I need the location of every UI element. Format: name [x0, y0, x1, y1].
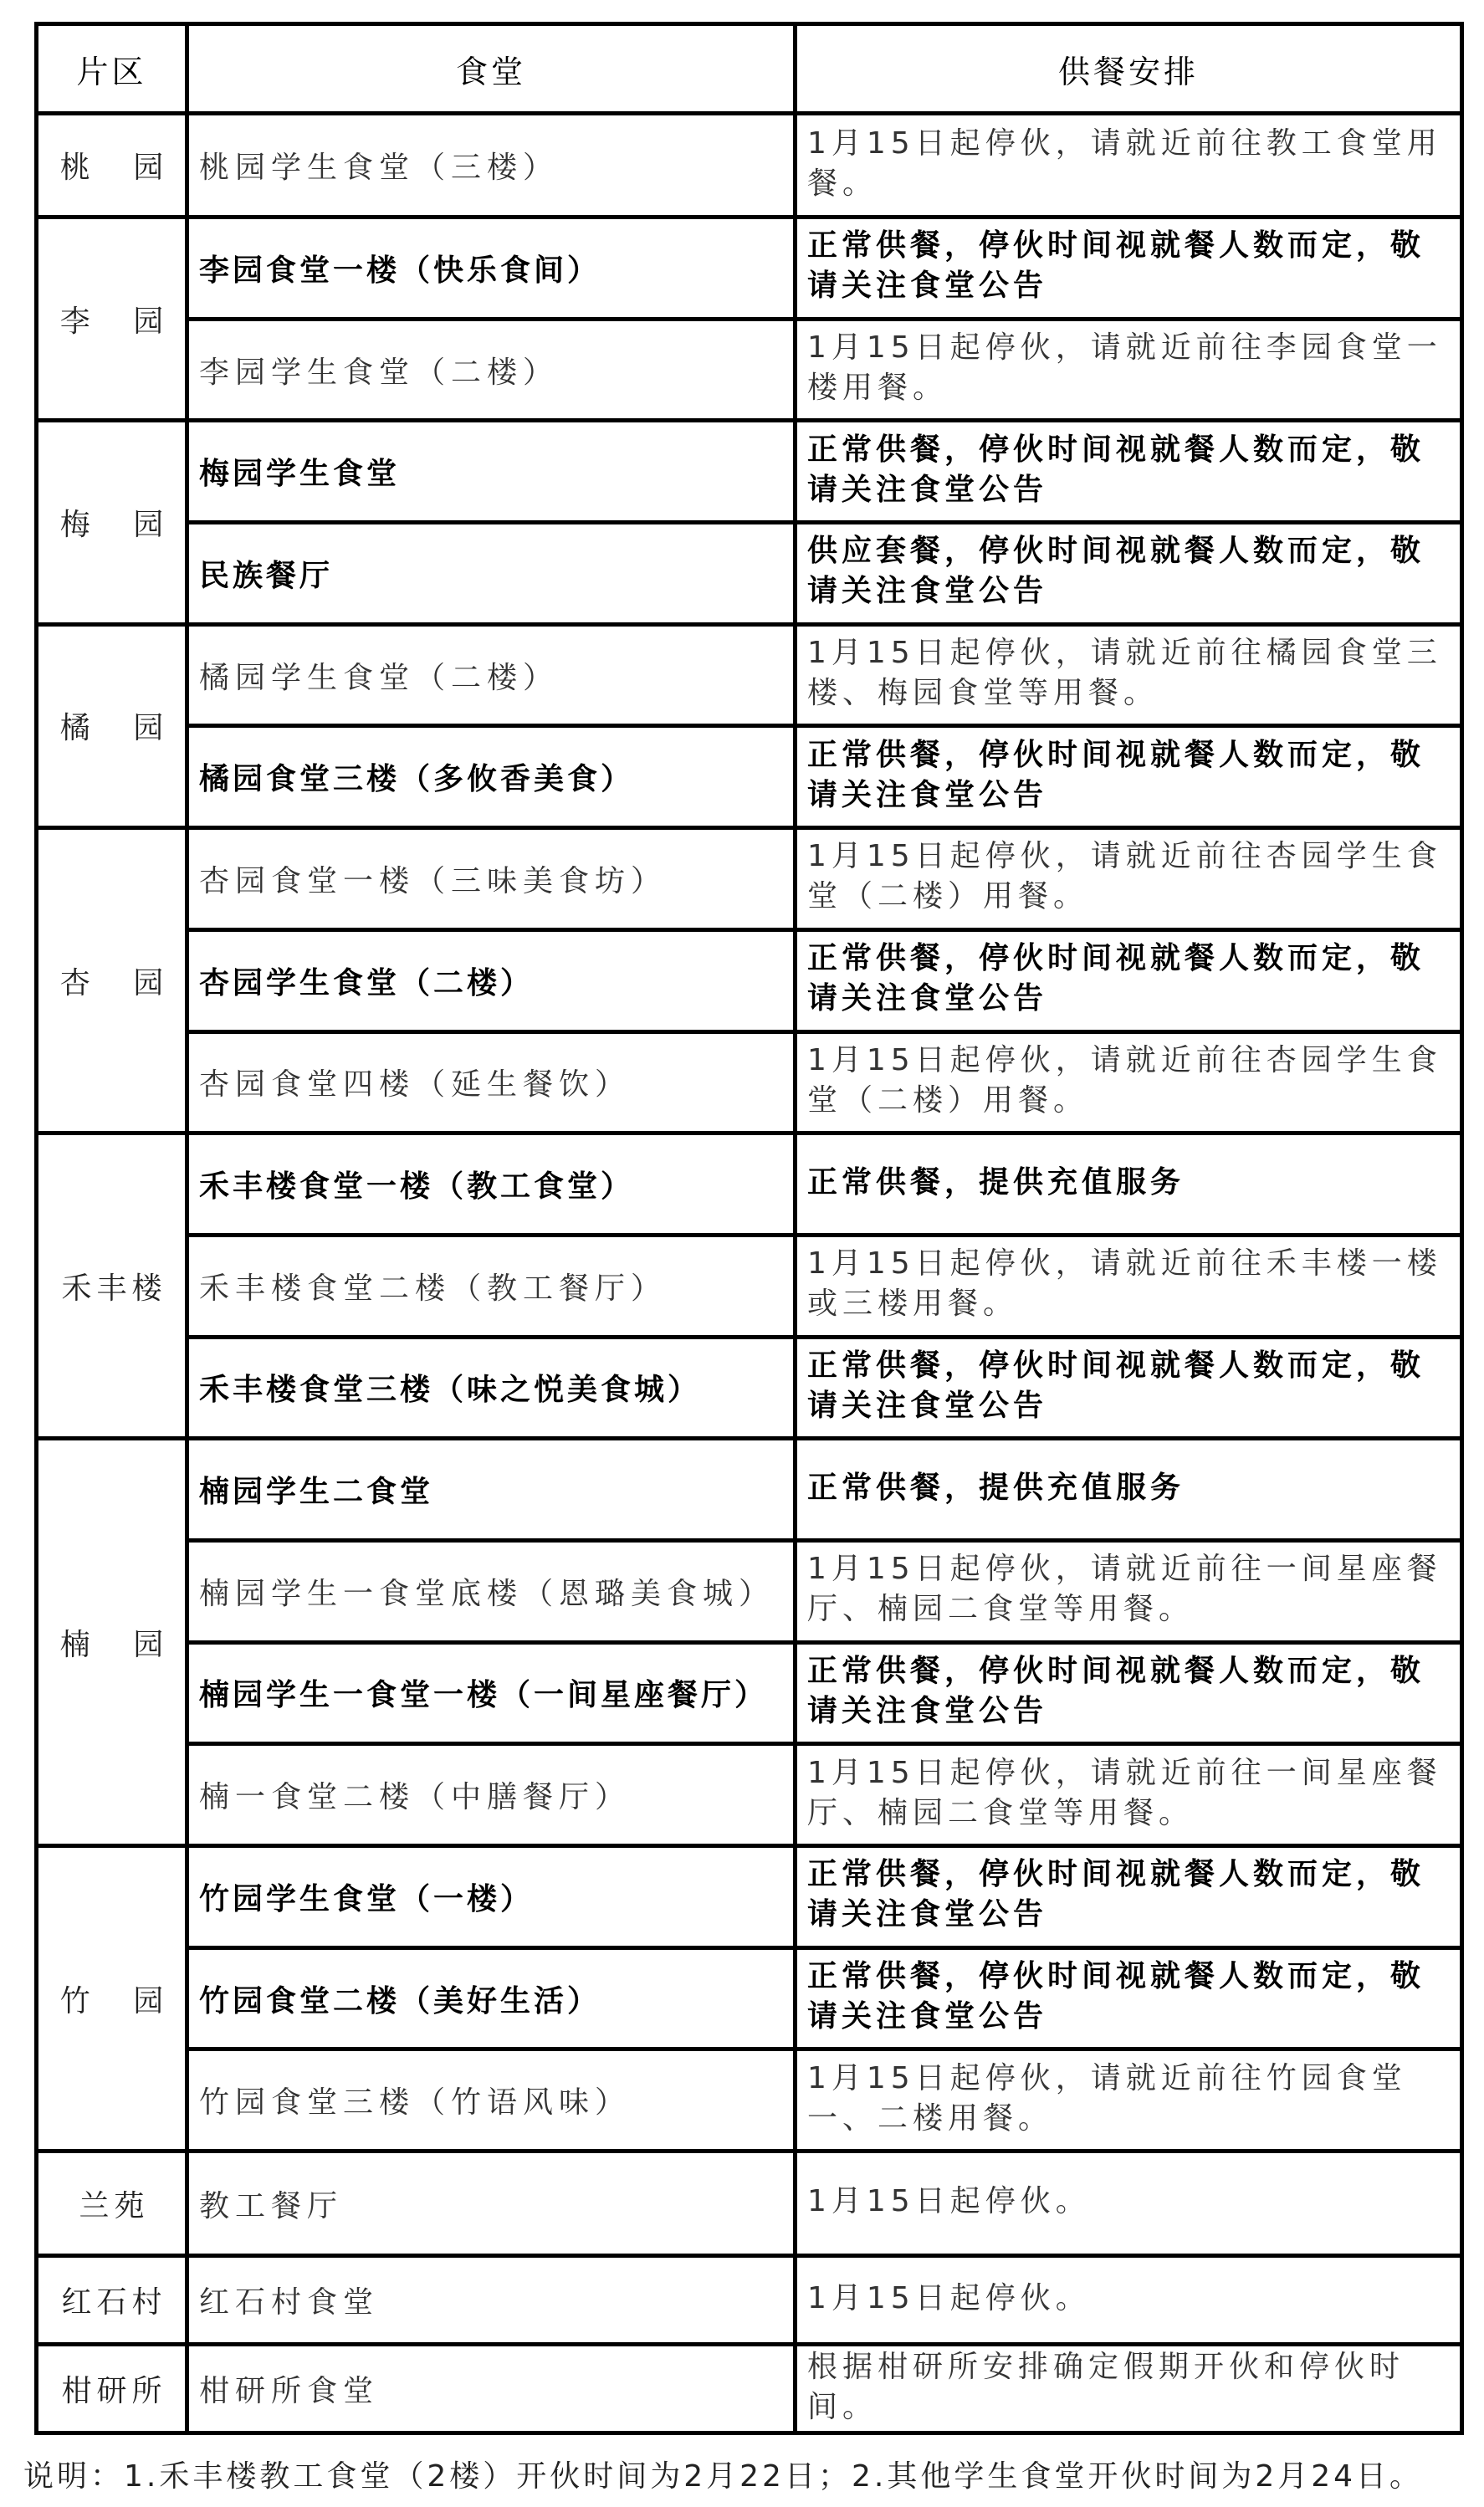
canteen-name-cell: 杏园学生食堂（二楼） [187, 929, 796, 1031]
meal-plan-cell: 正常供餐，提供充值服务 [796, 1439, 1462, 1541]
meal-plan-cell: 正常供餐，停伙时间视就餐人数而定，敬请关注食堂公告 [796, 217, 1462, 320]
zone-cell: 橘 园 [37, 624, 187, 827]
table-row: 楠 园楠园学生二食堂正常供餐，提供充值服务 [37, 1439, 1462, 1541]
canteen-name-cell: 楠园学生一食堂一楼（一间星座餐厅） [187, 1642, 796, 1744]
canteen-name-cell: 橘园学生食堂（二楼） [187, 624, 796, 726]
zone-cell: 李 园 [37, 217, 187, 421]
meal-plan-cell: 根据柑研所安排确定假期开伙和停伙时间。 [796, 2345, 1462, 2433]
meal-plan-cell: 正常供餐，停伙时间视就餐人数而定，敬请关注食堂公告 [796, 1337, 1462, 1439]
table-row: 竹园食堂二楼（美好生活）正常供餐，停伙时间视就餐人数而定，敬请关注食堂公告 [37, 1947, 1462, 2049]
canteen-name-cell: 竹园食堂二楼（美好生活） [187, 1947, 796, 2049]
header-plan: 供餐安排 [796, 24, 1462, 114]
canteen-name-cell: 禾丰楼食堂三楼（味之悦美食城） [187, 1337, 796, 1439]
zone-cell: 柑研所 [37, 2345, 187, 2433]
table-row: 楠园学生一食堂一楼（一间星座餐厅）正常供餐，停伙时间视就餐人数而定，敬请关注食堂… [37, 1642, 1462, 1744]
table-row: 楠一食堂二楼（中膳餐厅）1月15日起停伙，请就近前往一间星座餐厅、楠园二食堂等用… [37, 1744, 1462, 1846]
meal-plan-cell: 供应套餐，停伙时间视就餐人数而定，敬请关注食堂公告 [796, 523, 1462, 625]
meal-plan-cell: 1月15日起停伙，请就近前往李园食堂一楼用餐。 [796, 319, 1462, 421]
canteen-name-cell: 禾丰楼食堂一楼（教工食堂） [187, 1133, 796, 1236]
canteen-name-cell: 李园食堂一楼（快乐食间） [187, 217, 796, 320]
header-zone: 片区 [37, 24, 187, 114]
canteen-name-cell: 竹园学生食堂（一楼） [187, 1846, 796, 1948]
meal-plan-cell: 1月15日起停伙，请就近前往杏园学生食堂（二楼）用餐。 [796, 1031, 1462, 1133]
table-row: 李园学生食堂（二楼）1月15日起停伙，请就近前往李园食堂一楼用餐。 [37, 319, 1462, 421]
meal-plan-cell: 正常供餐，停伙时间视就餐人数而定，敬请关注食堂公告 [796, 1642, 1462, 1744]
table-row: 民族餐厅供应套餐，停伙时间视就餐人数而定，敬请关注食堂公告 [37, 523, 1462, 625]
canteen-name-cell: 李园学生食堂（二楼） [187, 319, 796, 421]
table-row: 杏园学生食堂（二楼）正常供餐，停伙时间视就餐人数而定，敬请关注食堂公告 [37, 929, 1462, 1031]
table-row: 柑研所柑研所食堂根据柑研所安排确定假期开伙和停伙时间。 [37, 2345, 1462, 2433]
zone-cell: 禾丰楼 [37, 1133, 187, 1439]
canteen-name-cell: 桃园学生食堂（三楼） [187, 114, 796, 217]
canteen-name-cell: 禾丰楼食堂二楼（教工餐厅） [187, 1235, 796, 1337]
meal-plan-cell: 1月15日起停伙，请就近前往禾丰楼一楼或三楼用餐。 [796, 1235, 1462, 1337]
canteen-name-cell: 楠园学生一食堂底楼（恩璐美食城） [187, 1540, 796, 1642]
table-row: 梅 园梅园学生食堂正常供餐，停伙时间视就餐人数而定，敬请关注食堂公告 [37, 421, 1462, 523]
meal-plan-cell: 正常供餐，停伙时间视就餐人数而定，敬请关注食堂公告 [796, 421, 1462, 523]
table-row: 楠园学生一食堂底楼（恩璐美食城）1月15日起停伙，请就近前往一间星座餐厅、楠园二… [37, 1540, 1462, 1642]
meal-plan-cell: 1月15日起停伙，请就近前往教工食堂用餐。 [796, 114, 1462, 217]
table-row: 橘 园橘园学生食堂（二楼）1月15日起停伙，请就近前往橘园食堂三楼、梅园食堂等用… [37, 624, 1462, 726]
zone-cell: 兰苑 [37, 2151, 187, 2256]
canteen-name-cell: 梅园学生食堂 [187, 421, 796, 523]
canteen-schedule-table: 片区 食堂 供餐安排 桃 园桃园学生食堂（三楼）1月15日起停伙，请就近前往教工… [34, 22, 1464, 2435]
table-row: 杏园食堂四楼（延生餐饮）1月15日起停伙，请就近前往杏园学生食堂（二楼）用餐。 [37, 1031, 1462, 1133]
canteen-name-cell: 柑研所食堂 [187, 2345, 796, 2433]
zone-cell: 桃 园 [37, 114, 187, 217]
meal-plan-cell: 1月15日起停伙。 [796, 2256, 1462, 2345]
canteen-name-cell: 楠园学生二食堂 [187, 1439, 796, 1541]
canteen-name-cell: 杏园食堂一楼（三味美食坊） [187, 828, 796, 930]
table-row: 李 园李园食堂一楼（快乐食间）正常供餐，停伙时间视就餐人数而定，敬请关注食堂公告 [37, 217, 1462, 320]
zone-cell: 楠 园 [37, 1439, 187, 1846]
canteen-name-cell: 竹园食堂三楼（竹语风味） [187, 2049, 796, 2151]
table-row: 禾丰楼禾丰楼食堂一楼（教工食堂）正常供餐，提供充值服务 [37, 1133, 1462, 1236]
zone-cell: 红石村 [37, 2256, 187, 2345]
table-row: 桃 园桃园学生食堂（三楼）1月15日起停伙，请就近前往教工食堂用餐。 [37, 114, 1462, 217]
zone-cell: 杏 园 [37, 828, 187, 1133]
table-row: 红石村红石村食堂1月15日起停伙。 [37, 2256, 1462, 2345]
table-row: 兰苑教工餐厅1月15日起停伙。 [37, 2151, 1462, 2256]
meal-plan-cell: 正常供餐，停伙时间视就餐人数而定，敬请关注食堂公告 [796, 929, 1462, 1031]
canteen-name-cell: 红石村食堂 [187, 2256, 796, 2345]
meal-plan-cell: 正常供餐，停伙时间视就餐人数而定，敬请关注食堂公告 [796, 726, 1462, 828]
table-row: 禾丰楼食堂二楼（教工餐厅）1月15日起停伙，请就近前往禾丰楼一楼或三楼用餐。 [37, 1235, 1462, 1337]
table-row: 竹园食堂三楼（竹语风味）1月15日起停伙，请就近前往竹园食堂一、二楼用餐。 [37, 2049, 1462, 2151]
table-row: 禾丰楼食堂三楼（味之悦美食城）正常供餐，停伙时间视就餐人数而定，敬请关注食堂公告 [37, 1337, 1462, 1439]
meal-plan-cell: 正常供餐，停伙时间视就餐人数而定，敬请关注食堂公告 [796, 1846, 1462, 1948]
zone-cell: 梅 园 [37, 421, 187, 624]
canteen-name-cell: 杏园食堂四楼（延生餐饮） [187, 1031, 796, 1133]
table-row: 杏 园杏园食堂一楼（三味美食坊）1月15日起停伙，请就近前往杏园学生食堂（二楼）… [37, 828, 1462, 930]
canteen-name-cell: 橘园食堂三楼（多攸香美食） [187, 726, 796, 828]
footnote: 说明：1.禾丰楼教工食堂（2楼）开伙时间为2月22日；2.其他学生食堂开伙时间为… [23, 2453, 1423, 2495]
zone-cell: 竹 园 [37, 1846, 187, 2151]
meal-plan-cell: 正常供餐，停伙时间视就餐人数而定，敬请关注食堂公告 [796, 1947, 1462, 2049]
meal-plan-cell: 1月15日起停伙，请就近前往杏园学生食堂（二楼）用餐。 [796, 828, 1462, 930]
meal-plan-cell: 1月15日起停伙，请就近前往一间星座餐厅、楠园二食堂等用餐。 [796, 1540, 1462, 1642]
meal-plan-cell: 1月15日起停伙。 [796, 2151, 1462, 2256]
table-row: 竹 园竹园学生食堂（一楼）正常供餐，停伙时间视就餐人数而定，敬请关注食堂公告 [37, 1846, 1462, 1948]
meal-plan-cell: 1月15日起停伙，请就近前往一间星座餐厅、楠园二食堂等用餐。 [796, 1744, 1462, 1846]
header-canteen: 食堂 [187, 24, 796, 114]
meal-plan-cell: 1月15日起停伙，请就近前往橘园食堂三楼、梅园食堂等用餐。 [796, 624, 1462, 726]
canteen-name-cell: 教工餐厅 [187, 2151, 796, 2256]
table-row: 橘园食堂三楼（多攸香美食）正常供餐，停伙时间视就餐人数而定，敬请关注食堂公告 [37, 726, 1462, 828]
table-header-row: 片区 食堂 供餐安排 [37, 24, 1462, 114]
canteen-name-cell: 民族餐厅 [187, 523, 796, 625]
meal-plan-cell: 1月15日起停伙，请就近前往竹园食堂一、二楼用餐。 [796, 2049, 1462, 2151]
canteen-name-cell: 楠一食堂二楼（中膳餐厅） [187, 1744, 796, 1846]
meal-plan-cell: 正常供餐，提供充值服务 [796, 1133, 1462, 1236]
